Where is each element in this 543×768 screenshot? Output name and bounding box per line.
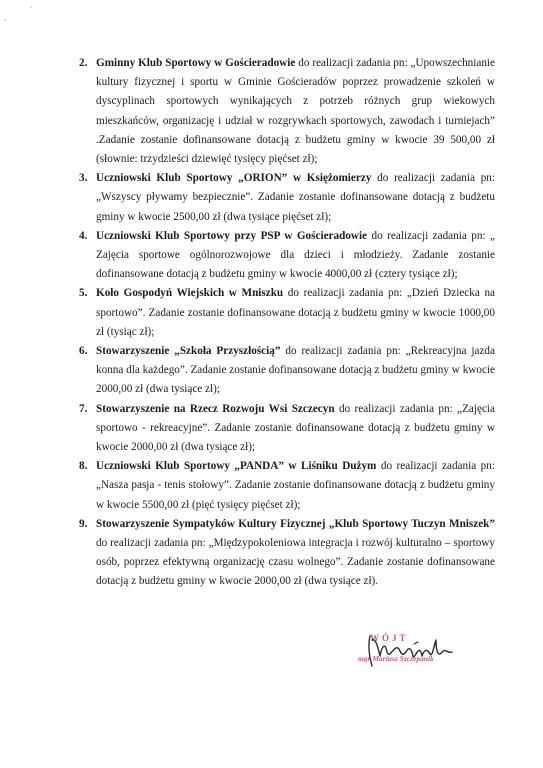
grant-item-9: 9.Stowarzyszenie Sympatyków Kultury Fizy…: [79, 515, 495, 592]
signature-stamp: WÓJT mgr Mariusz Szczepanik: [352, 630, 462, 690]
item-text: do realizacji zadania pn: „Międzypokolen…: [96, 537, 495, 587]
item-number: 7.: [79, 400, 87, 419]
item-number: 9.: [79, 515, 87, 534]
scan-artifact: [30, 6, 32, 8]
scan-artifact: [4, 19, 6, 21]
grant-item-2: 2.Gminny Klub Sportowy w Gościeradowie d…: [79, 54, 495, 169]
item-text: do realizacji zadania pn: „Upowszechnian…: [96, 57, 495, 165]
item-number: 3.: [79, 169, 87, 188]
organization-name: Stowarzyszenie „Szkoła Przyszłością”: [96, 345, 280, 357]
item-number: 2.: [79, 54, 87, 73]
document-page: 2.Gminny Klub Sportowy w Gościeradowie d…: [0, 0, 543, 768]
organization-name: Gminny Klub Sportowy w Gościeradowie: [96, 57, 295, 69]
item-number: 8.: [79, 457, 87, 476]
organization-name: Uczniowski Klub Sportowy „PANDA” w Liśni…: [96, 460, 376, 472]
grant-item-6: 6.Stowarzyszenie „Szkoła Przyszłością” d…: [79, 342, 495, 400]
grant-list: 2.Gminny Klub Sportowy w Gościeradowie d…: [79, 54, 495, 592]
organization-name: Stowarzyszenie na Rzecz Rozwoju Wsi Szcz…: [96, 403, 335, 415]
grant-item-8: 8.Uczniowski Klub Sportowy „PANDA” w Liś…: [79, 457, 495, 515]
item-number: 5.: [79, 284, 87, 303]
organization-name: Uczniowski Klub Sportowy „ORION” w Księż…: [96, 172, 371, 184]
handwritten-signature-icon: [352, 630, 462, 675]
grant-item-3: 3.Uczniowski Klub Sportowy „ORION” w Ksi…: [79, 169, 495, 227]
item-number: 4.: [79, 227, 87, 246]
grant-item-4: 4.Uczniowski Klub Sportowy przy PSP w Go…: [79, 227, 495, 285]
organization-name: Koło Gospodyń Wiejskich w Mniszku: [96, 287, 283, 299]
item-number: 6.: [79, 342, 87, 361]
grant-item-5: 5.Koło Gospodyń Wiejskich w Mniszku do r…: [79, 284, 495, 342]
organization-name: Uczniowski Klub Sportowy przy PSP w Gośc…: [96, 230, 367, 242]
grant-item-7: 7.Stowarzyszenie na Rzecz Rozwoju Wsi Sz…: [79, 400, 495, 458]
organization-name: Stowarzyszenie Sympatyków Kultury Fizycz…: [96, 518, 495, 530]
